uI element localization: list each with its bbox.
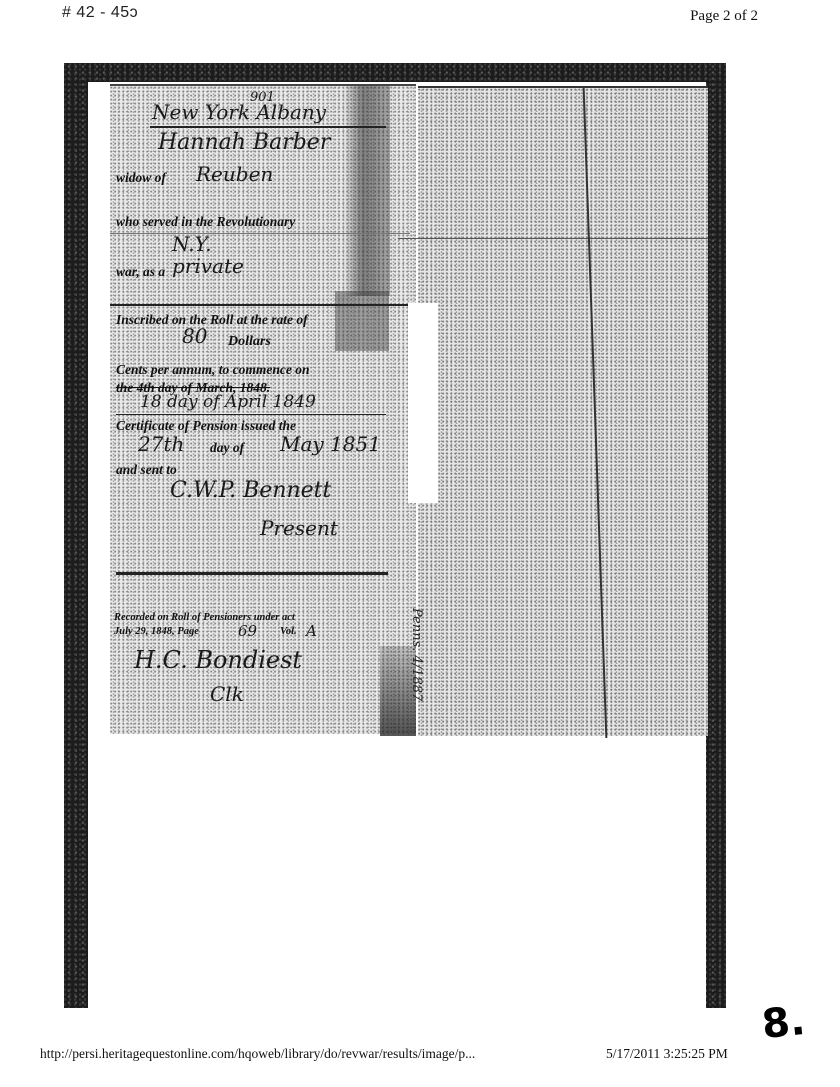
clerk-title: Clk (210, 682, 244, 706)
act-date-label: July 29, 1848, Page (114, 626, 199, 637)
scanned-image-frame: 901 New York Albany Hannah Barber widow … (64, 63, 726, 1008)
clerk-signature: H.C. Bondiest (134, 646, 302, 674)
underline (116, 414, 386, 415)
certificate-day-label: day of (210, 440, 244, 456)
page-indicator: Page 2 of 2 (690, 8, 758, 25)
section-divider (116, 572, 388, 575)
handwritten-reference-note: # 42 - 45ɔ (62, 4, 138, 22)
footer-url: http://persi.heritagequestonline.com/hqo… (40, 1046, 475, 1062)
section-divider (110, 304, 410, 306)
sent-to-title: Present (260, 516, 338, 540)
widow-of-value: Reuben (196, 162, 273, 186)
unit: N.Y. (172, 232, 212, 256)
cents-label: Cents per annum, to commence on (116, 362, 310, 378)
scan-inner-area: 901 New York Albany Hannah Barber widow … (88, 82, 706, 1008)
claimant-name: Hannah Barber (158, 130, 330, 155)
fold-line (583, 88, 608, 738)
underline (150, 126, 386, 128)
vol-value: A (306, 622, 317, 640)
fold-shadow (335, 291, 389, 351)
pension-card-left: 901 New York Albany Hannah Barber widow … (110, 84, 416, 734)
footer-timestamp: 5/17/2011 3:25:25 PM (606, 1046, 728, 1062)
sent-to-name: C.W.P. Bennett (170, 478, 331, 503)
certificate-day: 27th (138, 432, 184, 456)
dollars-label: Dollars (228, 334, 271, 350)
certificate-month-year: May 1851 (280, 432, 381, 456)
widow-of-label: widow of (116, 170, 166, 186)
rank: private (172, 254, 244, 278)
corrected-commence-date: 18 day of April 1849 (140, 392, 316, 412)
vol-label: Vol. (280, 626, 297, 637)
recorded-label: Recorded on Roll of Pensioners under act (114, 612, 295, 623)
war-label: war, as a (116, 264, 165, 280)
vertical-handwritten-note: Penns. 4/1887 (409, 608, 424, 701)
handwritten-margin-mark: 8. (760, 998, 808, 1048)
state-agency: New York Albany (152, 100, 326, 124)
fold-shadow (344, 86, 390, 296)
inscribed-label: Inscribed on the Roll at the rate of (116, 312, 308, 328)
rate-amount: 80 (182, 324, 207, 348)
fold-line (398, 238, 708, 239)
divider (110, 233, 410, 234)
served-label: who served in the Revolutionary (116, 214, 295, 230)
page-value: 69 (238, 622, 257, 640)
pension-card-right: Penns. 4/1887 (418, 86, 708, 736)
sent-to-label: and sent to (116, 462, 177, 478)
torn-gap (408, 303, 438, 503)
